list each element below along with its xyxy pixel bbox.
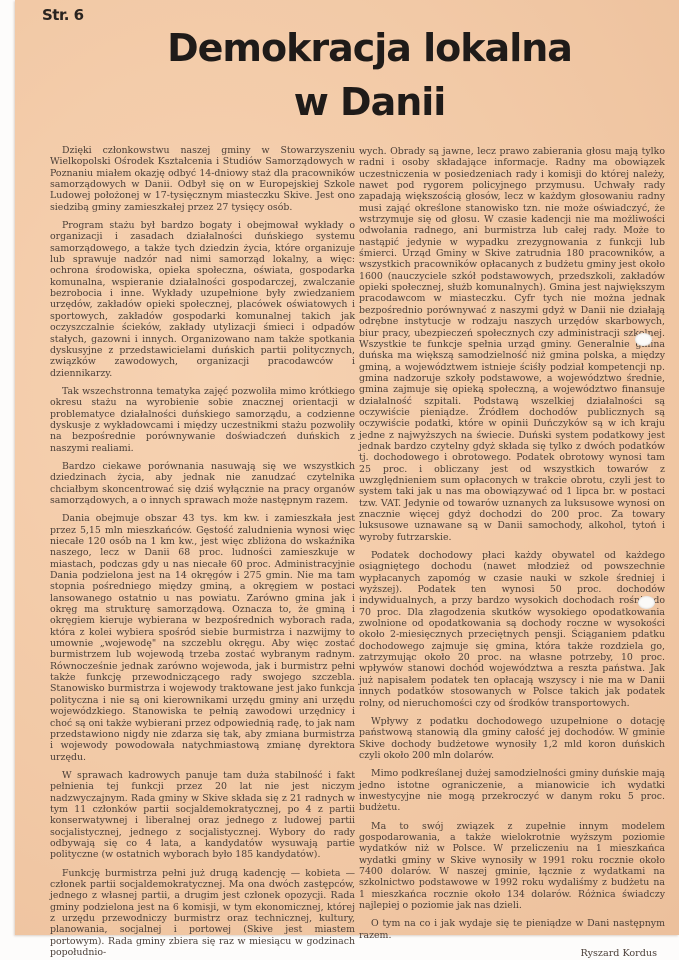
punch-hole [638, 596, 655, 609]
article-column-left: Dzięki członkowstwu naszej gminy w Stowa… [50, 145, 355, 960]
page-number: Str. 6 [42, 6, 84, 24]
paragraph: Dzięki członkowstwu naszej gminy w Stowa… [50, 145, 355, 213]
paragraph: Dania obejmuje obszar 43 tys. km kw. i z… [50, 513, 355, 763]
paragraph: Funkcję burmistrza pełni już drugą kaden… [50, 868, 355, 959]
paragraph: Ma to swój związek z zupełnie innym mode… [359, 821, 665, 912]
punch-hole [635, 333, 652, 346]
paragraph: Tak wszechstronna tematyka zajęć pozwoli… [50, 386, 355, 454]
paragraph: Podatek dochodowy płaci każdy obywatel o… [359, 550, 665, 709]
paragraph: wych. Obrady są jawne, lecz prawo zabier… [359, 146, 665, 543]
paragraph: Wpływy z podatku dochodowego uzupełnione… [359, 716, 665, 761]
headline-line-2: w Danii [30, 80, 679, 124]
article-column-right: wych. Obrady są jawne, lecz prawo zabier… [359, 146, 665, 959]
paragraph: Program stażu był bardzo bogaty i obejmo… [50, 220, 355, 379]
paragraph: Mimo podkreślanej dużej samodzielności g… [359, 768, 665, 813]
paragraph: O tym na co i jak wydaje się te pieniądz… [359, 918, 665, 941]
headline-line-1: Demokracja lokalna [30, 26, 679, 70]
author-signature: Ryszard Kordus [359, 948, 665, 959]
paragraph: Bardzo ciekawe porównania nasuwają się w… [50, 461, 355, 506]
paragraph: W sprawach kadrowych panuje tam duża sta… [50, 770, 355, 861]
